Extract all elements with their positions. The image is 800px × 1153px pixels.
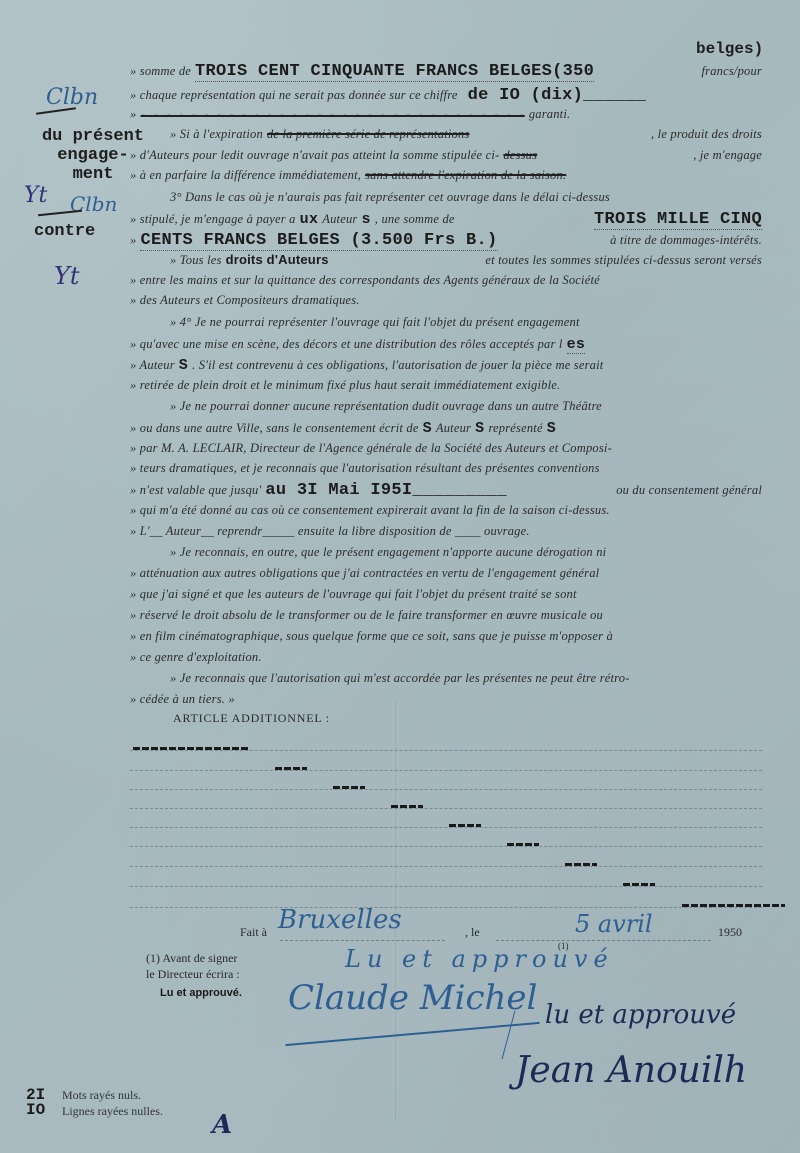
text: garanti. [529,107,571,122]
text-line: » teurs dramatiques, et je reconnais que… [130,461,762,476]
text: , une somme de [375,212,455,227]
footnote-line-1: (1) Avant de signer [146,951,237,966]
text: » n'est valable que jusqu' [130,483,261,498]
margin-typed-contre: contre [34,222,95,241]
text: » stipulé, je m'engage à payer a [130,212,296,227]
handwritten-lu-et-approuve: Lu et approuvé [345,945,614,973]
text-line: » L'__ Auteur__ reprendr_____ ensuite la… [130,524,762,539]
blank-line [130,808,762,809]
signature-underline [285,1022,539,1046]
text: » somme de [130,64,191,79]
text: » cédée à un tiers. » [130,692,235,707]
date-line [496,940,711,941]
text-line: » atténuation aux autres obligations que… [130,566,762,581]
text: Auteur [322,212,357,227]
text: » qui m'a été donné au cas où ce consent… [130,503,610,518]
text: » Je reconnais que l'autorisation qui m'… [170,671,630,686]
margin-mark-1: Yt [24,183,47,208]
blank-line [130,886,762,887]
text-line: 3° Dans le cas où je n'aurais pas fait r… [130,190,762,205]
text-line: » réservé le droit absolu de le transfor… [130,608,762,623]
text: » réservé le droit absolu de le transfor… [130,608,603,623]
typed-text: S [179,357,188,374]
margin-initials-1: Clbn [46,85,98,110]
text: » L'__ Auteur__ reprendr_____ ensuite la… [130,524,530,539]
text-line: » qui m'a été donné au cas où ce consent… [130,503,762,518]
blank-line [130,846,762,847]
bold-text: droits d'Auteurs [226,252,329,267]
text: » Tous les [170,253,222,268]
text-line: » en film cinématographique, sous quelqu… [130,629,762,644]
blank-line [130,866,762,867]
typed-text: s [361,211,370,228]
text-line: » ou dans une autre Ville, sans le conse… [130,420,762,437]
lines-crossed-count: IO [26,1103,45,1117]
cancel-mark [565,863,597,866]
text-line: » à en parfaire la différence immédiatem… [130,168,762,183]
text-line: » chaque représentation qui ne serait pa… [130,86,762,105]
text-line: » que j'ai signé et que les auteurs de l… [130,587,762,602]
signature-stroke [502,1011,516,1060]
text: » atténuation aux autres obligations que… [130,566,599,581]
text: » d'Auteurs pour ledit ouvrage n'avait p… [130,148,499,163]
text-line: » somme de TROIS CENT CINQUANTE FRANCS B… [130,62,762,82]
margin-initials-2: Clbn [70,192,117,216]
text-line: » Je reconnais, en outre, que le présent… [130,545,762,560]
words-crossed-count: 2I [26,1088,45,1102]
text: à titre de dommages-intérêts. [610,233,762,248]
text: » que j'ai signé et que les auteurs de l… [130,587,577,602]
text-line: » d'Auteurs pour ledit ouvrage n'avait p… [130,148,762,163]
blank-line [130,750,762,751]
text: ou du consentement général [616,483,762,498]
text-line: » ce genre d'exploitation. [130,650,762,665]
text-line: » par M. A. LECLAIR, Directeur de l'Agen… [130,441,762,456]
text: » chaque représentation qui ne serait pa… [130,88,458,103]
text: » Je ne pourrai donner aucune représenta… [170,399,602,414]
words-crossed-label: Mots rayés nuls. [62,1088,141,1103]
text: » qu'avec une mise en scène, des décors … [130,337,563,352]
typed-text: es [567,336,586,354]
typed-count: de IO (dix)______ [468,86,647,105]
margin-mark-2: Yt [54,262,80,290]
typed-amount: CENTS FRANCS BELGES (3.500 Frs B.) [140,231,497,251]
struck-text: sans attendre l'expiration de la saison. [365,168,566,183]
struck-text: de la première série de représentations [267,127,470,142]
text: » par M. A. LECLAIR, Directeur de l'Agen… [130,441,612,456]
typed-date: au 3I Mai I95I_________ [265,481,507,500]
text-line: » Si à l'expiration de la première série… [130,127,762,142]
text: représenté [488,421,542,436]
text: , le produit des droits [651,127,762,142]
text: » Si à l'expiration [170,127,263,142]
text-line: » AuteurS. S'il est contrevenu à ces obl… [130,357,762,374]
typed-text: S [475,420,484,437]
text: » ou dans une autre Ville, sans le conse… [130,421,419,436]
typed-amount: TROIS CENT CINQUANTE FRANCS BELGES(350 [195,62,594,82]
text-line: » qu'avec une mise en scène, des décors … [130,336,762,354]
text: » Auteur [130,358,175,373]
text: 3° Dans le cas où je n'aurais pas fait r… [170,190,610,205]
text-line: » Je reconnais que l'autorisation qui m'… [130,671,762,686]
cancel-mark [275,767,307,770]
article-additionnel-heading: ARTICLE ADDITIONNEL : [173,711,330,726]
place-line [280,940,445,941]
text: » des Auteurs et Compositeurs dramatique… [130,293,360,308]
text-line: » cédée à un tiers. » [130,692,762,707]
text: » à en parfaire la différence immédiatem… [130,168,361,183]
document-page: belges) Clbn du présent engage- ment Yt … [0,0,800,1153]
typed-belges: belges) [696,40,763,59]
text: . S'il est contrevenu à ces obligations,… [192,358,603,373]
signature-director: Claude Michel [288,978,537,1018]
initial-mark: A [212,1110,232,1140]
text: » en film cinématographique, sous quelqu… [130,629,613,644]
struck-text: - - - - - - - - - - - - - - - - - - - - … [140,111,524,122]
text: » ce genre d'exploitation. [130,650,262,665]
blank-line [130,770,762,771]
cancel-mark [449,824,481,827]
text: , je m'engage [693,148,762,163]
signature-author: Jean Anouilh [515,1050,747,1091]
handwritten-place: Bruxelles [278,905,402,935]
cancel-mark [682,904,785,907]
footnote-line-3: Lu et approuvé. [160,987,242,999]
text-line: » des Auteurs et Compositeurs dramatique… [130,293,762,308]
text: » 4° Je ne pourrai représenter l'ouvrage… [170,315,580,330]
lines-crossed-label: Lignes rayées nulles. [62,1104,163,1119]
handwritten-lu-et-approuve-2: lu et approuvé [545,1000,736,1030]
text-line: » - - - - - - - - - - - - - - - - - - - … [130,107,762,122]
blank-line [130,827,762,828]
text-line: » entre les mains et sur la quittance de… [130,273,762,288]
year: 1950 [718,925,742,940]
text: » entre les mains et sur la quittance de… [130,273,600,288]
handwritten-date: 5 avril [575,910,653,938]
text: » [130,107,136,122]
text: Auteur [436,421,471,436]
text: francs/pour [701,64,762,79]
text: » [130,233,136,248]
text-line: » Je ne pourrai donner aucune représenta… [130,399,762,414]
typed-amount: TROIS MILLE CINQ [594,210,762,230]
footnote-line-2: le Directeur écrira : [146,967,240,982]
typed-text: ux [300,211,319,228]
text: » retirée de plein droit et le minimum f… [130,378,560,393]
text-line: » retirée de plein droit et le minimum f… [130,378,762,393]
typed-text: S [547,420,556,437]
text-line: » stipulé, je m'engage à payer aux Auteu… [130,210,762,230]
text-line: » n'est valable que jusqu' au 3I Mai I95… [130,481,762,500]
text: » teurs dramatiques, et je reconnais que… [130,461,600,476]
blank-line [130,789,762,790]
text: » Je reconnais, en outre, que le présent… [170,545,606,560]
cancel-mark [333,786,365,789]
cancel-mark [391,805,423,808]
text-line: » CENTS FRANCS BELGES (3.500 Frs B.) à t… [130,231,762,251]
text-line: » 4° Je ne pourrai représenter l'ouvrage… [130,315,762,330]
text-line: » Tous les droits d'Auteurs et toutes le… [130,252,762,268]
fait-a-label: Fait à [240,925,267,940]
cancel-mark [507,843,539,846]
typed-text: S [423,420,432,437]
struck-text: dessus [503,148,537,163]
le-label: , le [465,925,480,940]
cancel-mark [133,747,248,750]
blank-line [130,907,762,908]
text: et toutes les sommes stipulées ci-dessus… [485,253,762,268]
cancel-mark [623,883,655,886]
